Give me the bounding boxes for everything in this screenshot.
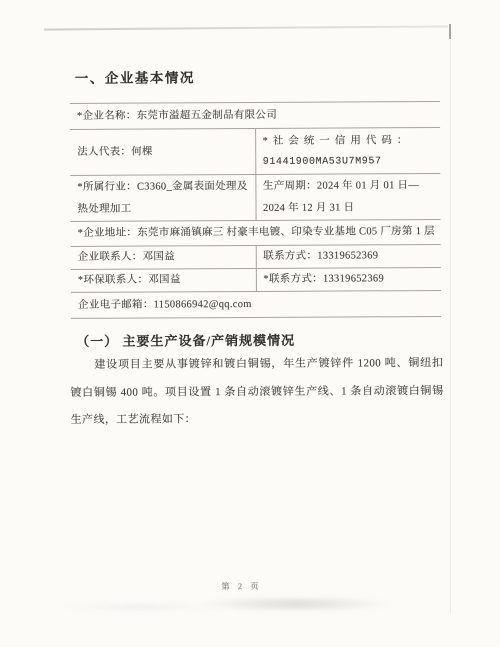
document-content: 一、企业基本情况 *企业名称：东莞市溢超五金制品有限公司 法人代表：何棵 *社会…: [0, 0, 500, 647]
table-row-company-contact: 企业联系人：邓国益 联系方式：13319652369: [71, 245, 441, 270]
email-cell: 企业电子邮箱：1150866942@qq.com: [71, 291, 441, 319]
table-row-industry: *所属行业：C3360_金属表面处理及热处理加工 生产周期：2024 年 01 …: [70, 174, 440, 222]
env-contact-phone-cell: *联系方式：13319652369: [256, 268, 441, 292]
company-contact-phone-cell: 联系方式：13319652369: [256, 245, 441, 269]
table-row-address: *企业地址：东莞市麻涌镇麻三 村豪丰电镀、印染专业基地 C05 厂房第 1 层: [71, 220, 441, 247]
table-row-company-name: *企业名称：东莞市溢超五金制品有限公司: [70, 102, 440, 130]
company-name-cell: *企业名称：东莞市溢超五金制品有限公司: [70, 102, 440, 130]
page-title: 一、企业基本情况: [75, 66, 195, 87]
address-cell: *企业地址：东莞市麻涌镇麻三 村豪丰电镀、印染专业基地 C05 厂房第 1 层: [71, 220, 441, 247]
production-period-cell: 生产周期：2024 年 01 月 01 日—2024 年 12 月 31 日: [255, 174, 440, 221]
legal-rep-cell: 法人代表：何棵: [70, 128, 255, 175]
page-footer: 第 2 页: [1, 579, 481, 594]
credit-code-cell: *社会统一信用代码： 91441900MA53U7M957: [255, 128, 440, 175]
company-contact-cell: 企业联系人：邓国益: [71, 245, 256, 269]
scan-page: 一、企业基本情况 *企业名称：东莞市溢超五金制品有限公司 法人代表：何棵 *社会…: [0, 0, 500, 647]
credit-code-label: *社会统一信用代码：: [263, 130, 437, 152]
company-info-table: *企业名称：东莞市溢超五金制品有限公司 法人代表：何棵 *社会统一信用代码： 9…: [70, 101, 441, 319]
table-row-legal-rep: 法人代表：何棵 *社会统一信用代码： 91441900MA53U7M957: [70, 128, 440, 176]
credit-code-value: 91441900MA53U7M957: [263, 151, 437, 173]
intro-paragraph: 建设项目主要从事镀锌和镀白铜锡，年生产镀锌件 1200 吨、铜纽扣镀白铜锡 40…: [70, 350, 443, 434]
section-title: （一） 主要生产设备/产销规模情况: [76, 330, 295, 350]
industry-cell: *所属行业：C3360_金属表面处理及热处理加工: [70, 174, 255, 221]
env-contact-cell: *环保联系人：邓国益: [71, 268, 256, 292]
table-row-env-contact: *环保联系人：邓国益 *联系方式：13319652369: [71, 268, 441, 293]
table-row-email: 企业电子邮箱：1150866942@qq.com: [71, 291, 441, 319]
